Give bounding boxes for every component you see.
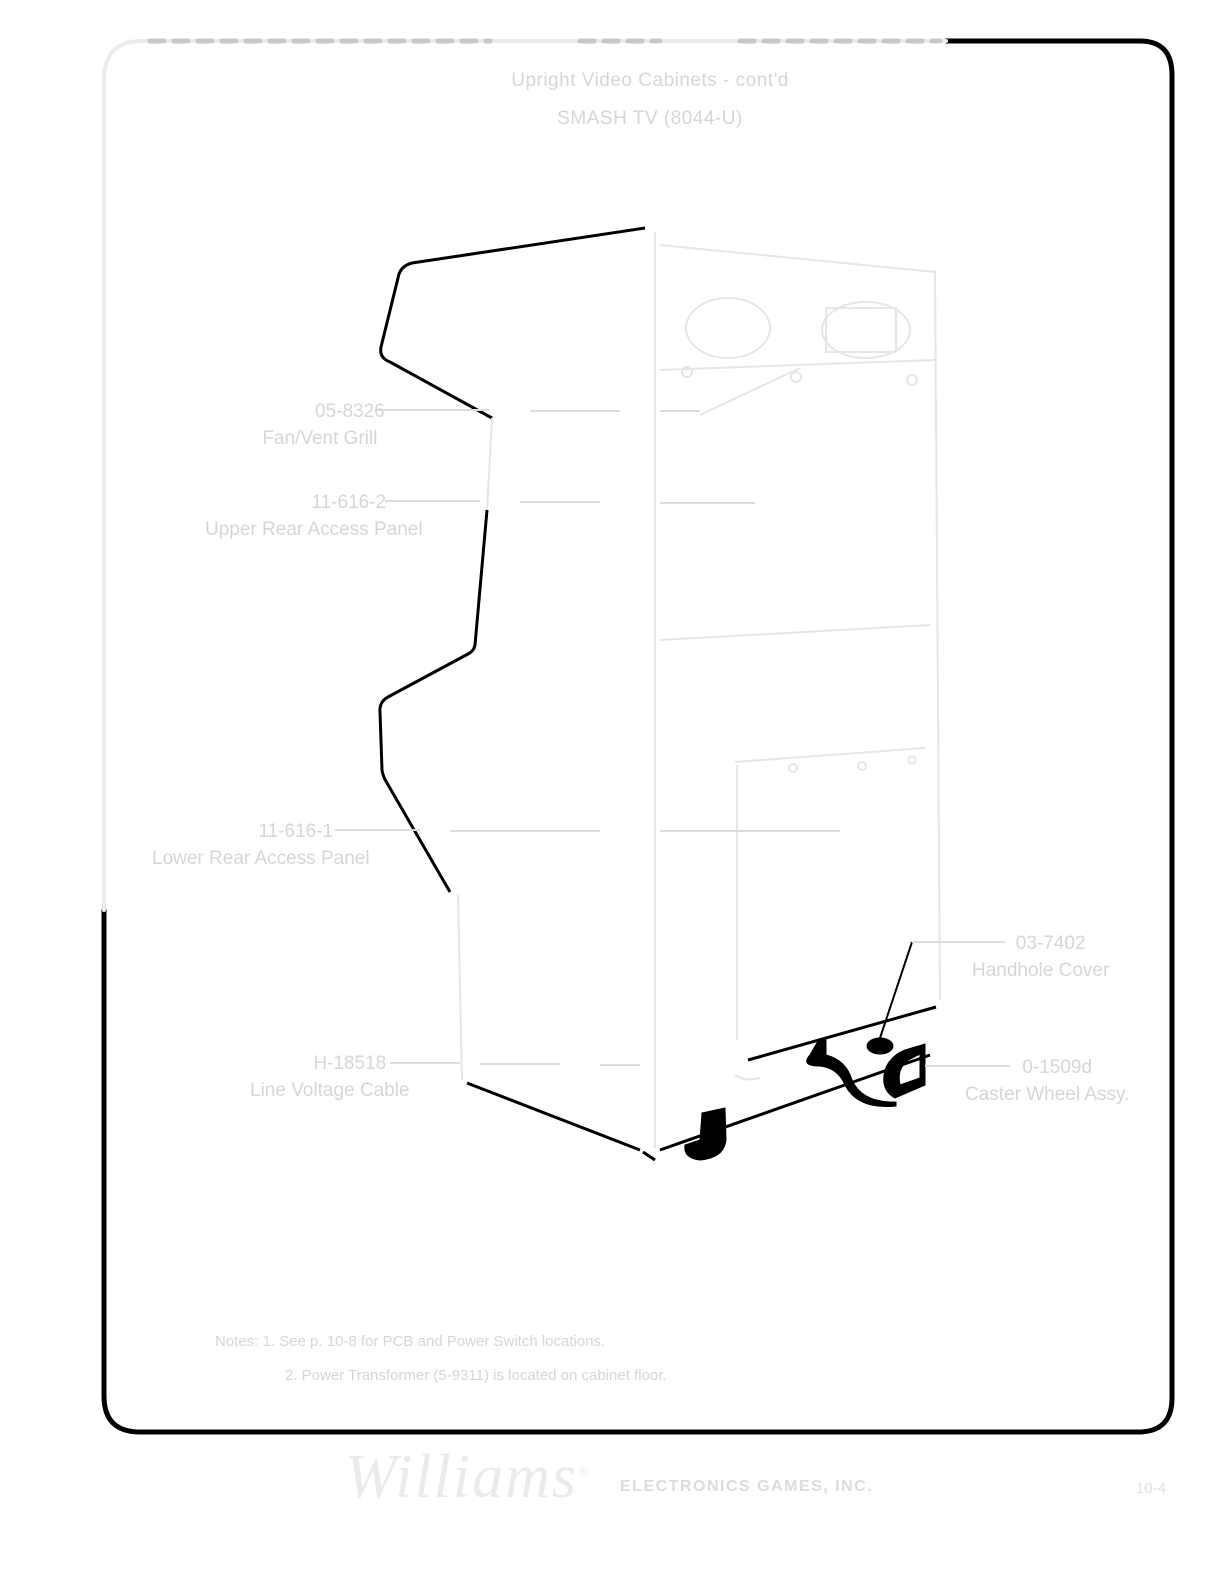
callout-part-number: H-18518 [250, 1050, 410, 1077]
callout-lower-rear-access-panel: 11-616-1 Lower Rear Access Panel [152, 818, 370, 872]
page-number: 10-4 [1136, 1480, 1166, 1497]
callout-handhole-cover: 03-7402 Handhole Cover [972, 930, 1109, 984]
callout-part-number: 0-1509d [965, 1054, 1129, 1081]
callout-part-number: 11-616-1 [152, 818, 370, 845]
callout-upper-rear-access-panel: 11-616-2 Upper Rear Access Panel [205, 489, 423, 543]
callout-part-number: 03-7402 [972, 930, 1109, 957]
callout-line-voltage-cable: H-18518 Line Voltage Cable [250, 1050, 410, 1104]
handhole-cover-icon [867, 1038, 893, 1054]
callout-description: Caster Wheel Assy. [965, 1081, 1129, 1108]
company-name: ELECTRONICS GAMES, INC. [620, 1478, 873, 1496]
page-subtitle: SMASH TV (8044-U) [0, 108, 1227, 130]
callout-description: Fan/Vent Grill [255, 425, 385, 452]
callout-fan-vent-grill: 05-8326 Fan/Vent Grill [255, 398, 385, 452]
callout-caster-wheel-assy: 0-1509d Caster Wheel Assy. [965, 1054, 1129, 1108]
brand-name: Williams [345, 1443, 578, 1511]
callout-description: Lower Rear Access Panel [152, 845, 370, 872]
cabinet-side-profile [380, 228, 645, 1150]
callout-description: Handhole Cover [972, 957, 1109, 984]
note-1: Notes: 1. See p. 10-8 for PCB and Power … [215, 1333, 605, 1350]
brand-logo: Williams® [345, 1442, 591, 1513]
page-illustration [0, 0, 1227, 1586]
cabinet-body [458, 232, 940, 1148]
leader-lines [335, 410, 1010, 1066]
callout-description: Upper Rear Access Panel [205, 516, 423, 543]
page-title: Upright Video Cabinets - cont'd [0, 70, 1227, 92]
callout-part-number: 11-616-2 [205, 489, 423, 516]
note-2: 2. Power Transformer (5-9311) is located… [285, 1367, 667, 1384]
caster-wheel-icon [685, 1108, 726, 1160]
page-border [104, 41, 1172, 1432]
callout-description: Line Voltage Cable [250, 1077, 410, 1104]
cabinet-base [643, 942, 936, 1160]
callout-part-number: 05-8326 [255, 398, 385, 425]
rear-caster-icon [884, 1044, 925, 1098]
